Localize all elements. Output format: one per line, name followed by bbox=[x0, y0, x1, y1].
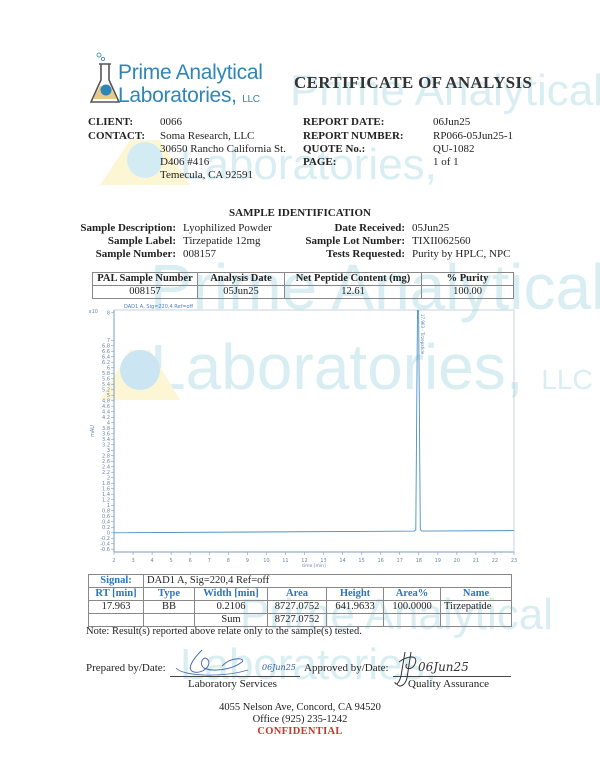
results-header-cell: Height bbox=[327, 588, 384, 601]
x-tick-label: 8 bbox=[227, 558, 230, 564]
signal-label: Signal: bbox=[89, 575, 144, 588]
results-cell: Tirzepatide bbox=[441, 601, 512, 614]
summary-header-cell: Net Peptide Content (mg) bbox=[285, 273, 422, 286]
footer-confidential: CONFIDENTIAL bbox=[0, 726, 600, 737]
x-tick-label: 19 bbox=[435, 558, 441, 564]
x-tick-label: 5 bbox=[170, 558, 173, 564]
sample-description-value: Lyophilized Powder bbox=[183, 222, 272, 234]
x-tick-label: 11 bbox=[282, 558, 288, 564]
y-tick-label: 4.4 bbox=[102, 410, 110, 416]
results-cell: 8727.0752 bbox=[268, 614, 327, 627]
y-tick-label: 6 bbox=[107, 366, 110, 372]
summary-cell: 100.00 bbox=[422, 286, 514, 299]
date-received-value: 05Jun25 bbox=[412, 222, 449, 234]
results-cell: 0.2106 bbox=[195, 601, 268, 614]
signal-row: Signal: DAD1 A, Sig=220,4 Ref=off bbox=[89, 575, 512, 588]
summary-data-row: 008157 05Jun25 12.61 100.00 bbox=[93, 286, 514, 299]
y-tick-label: 1.6 bbox=[102, 487, 110, 493]
report-date-value: 06Jun25 bbox=[433, 116, 470, 128]
company-name-line2-text: Laboratories, bbox=[118, 84, 237, 107]
y-tick-label: 2 bbox=[107, 476, 110, 482]
tests-requested-value: Purity by HPLC, NPC bbox=[412, 248, 510, 260]
y-tick-label: 3.6 bbox=[102, 432, 110, 438]
x-tick-label: 16 bbox=[377, 558, 383, 564]
report-date-label: REPORT DATE: bbox=[303, 116, 384, 128]
x-axis-label: time [min] bbox=[302, 563, 326, 569]
y-tick-label: 2.8 bbox=[102, 454, 110, 460]
prepared-by-label: Prepared by/Date: bbox=[86, 662, 166, 674]
y-tick-label: 5.4 bbox=[102, 382, 110, 388]
x-tick-label: 3 bbox=[131, 558, 134, 564]
footer-phone: Office (925) 235-1242 bbox=[0, 714, 600, 725]
summary-header-row: PAL Sample Number Analysis Date Net Pept… bbox=[93, 273, 514, 286]
results-cell: 17.963 bbox=[89, 601, 144, 614]
client-value: 0066 bbox=[160, 116, 182, 128]
results-cell bbox=[144, 614, 195, 627]
y-tick-label: 0.8 bbox=[102, 509, 110, 515]
plot-frame bbox=[114, 310, 514, 552]
results-cell: 8727.0752 bbox=[268, 601, 327, 614]
results-header-cell: Area bbox=[268, 588, 327, 601]
y-tick-label: 2.6 bbox=[102, 459, 110, 465]
y-tick-label: 8 bbox=[107, 311, 110, 317]
y-tick-label: 5.8 bbox=[102, 371, 110, 377]
results-note: Note: Result(s) reported above relate on… bbox=[86, 626, 362, 637]
sample-number-label: Sample Number: bbox=[70, 248, 176, 260]
results-cell bbox=[441, 614, 512, 627]
footer-address: 4055 Nelson Ave, Concord, CA 94520 bbox=[0, 702, 600, 713]
y-tick-label: 3.4 bbox=[102, 437, 110, 443]
tests-requested-label: Tests Requested: bbox=[290, 248, 405, 260]
y-tick-label: 6.2 bbox=[102, 360, 110, 366]
summary-cell: 05Jun25 bbox=[198, 286, 285, 299]
y-tick-label: 1 bbox=[107, 503, 110, 509]
x-tick-label: 18 bbox=[416, 558, 422, 564]
results-header-cell: Width [min] bbox=[195, 588, 268, 601]
y-tick-label: 0.6 bbox=[102, 514, 110, 520]
x-tick-label: 9 bbox=[246, 558, 249, 564]
y-tick-label: 1.2 bbox=[102, 498, 110, 504]
company-suffix: LLC bbox=[242, 94, 259, 105]
page-value: 1 of 1 bbox=[433, 156, 459, 168]
y-tick-label: 4 bbox=[107, 421, 110, 427]
results-table: Signal: DAD1 A, Sig=220,4 Ref=off RT [mi… bbox=[88, 574, 512, 627]
approved-date: 06Jun25 bbox=[418, 660, 469, 674]
report-number-label: REPORT NUMBER: bbox=[303, 130, 404, 142]
signal-value: DAD1 A, Sig=220,4 Ref=off bbox=[144, 575, 512, 588]
y-tick-label: 6.4 bbox=[102, 355, 110, 361]
contact-line-3: D406 #416 bbox=[160, 156, 209, 168]
summary-cell: 12.61 bbox=[285, 286, 422, 299]
y-tick-label: 5.2 bbox=[102, 388, 110, 394]
x-tick-label: 22 bbox=[492, 558, 498, 564]
x-tick-label: 7 bbox=[208, 558, 211, 564]
y-tick-label: 3.8 bbox=[102, 426, 110, 432]
chart-title: DAD1 A, Sig=220,4 Ref=off bbox=[124, 304, 194, 310]
prepared-department: Laboratory Services bbox=[188, 678, 277, 690]
chromatogram-chart: DAD1 A, Sig=220,4 Ref=off-0.6-0.4-0.200.… bbox=[84, 300, 520, 572]
sample-description-label: Sample Description: bbox=[70, 222, 176, 234]
y-tick-label: -0.4 bbox=[100, 542, 110, 548]
summary-table: PAL Sample Number Analysis Date Net Pept… bbox=[92, 272, 514, 299]
approved-department: Quality Assurance bbox=[408, 678, 489, 690]
y-tick-label: 0.4 bbox=[102, 520, 110, 526]
results-header-cell: RT [min] bbox=[89, 588, 144, 601]
results-cell: 100.0000 bbox=[384, 601, 441, 614]
prepared-signature-icon bbox=[172, 646, 252, 680]
page-label: PAGE: bbox=[303, 156, 336, 168]
y-tick-label: 0.2 bbox=[102, 525, 110, 531]
company-name-line1: Prime Analytical bbox=[118, 61, 263, 85]
y-tick-label: 5.6 bbox=[102, 377, 110, 383]
results-cell bbox=[327, 614, 384, 627]
y-tick-label: 4.6 bbox=[102, 404, 110, 410]
results-header-cell: Area% bbox=[384, 588, 441, 601]
y-tick-label: 2.4 bbox=[102, 465, 110, 471]
y-tick-label: 4.8 bbox=[102, 399, 110, 405]
y-tick-label: 1.4 bbox=[102, 492, 110, 498]
contact-line-1: Soma Research, LLC bbox=[160, 130, 254, 142]
contact-line-4: Temecula, CA 92591 bbox=[160, 169, 253, 181]
summary-cell: 008157 bbox=[93, 286, 198, 299]
quote-label: QUOTE No.: bbox=[303, 143, 365, 155]
results-cell: Sum bbox=[195, 614, 268, 627]
y-tick-label: 2.2 bbox=[102, 470, 110, 476]
y-tick-label: -0.6 bbox=[100, 547, 110, 553]
results-cell: 641.9633 bbox=[327, 601, 384, 614]
results-header-row: RT [min] Type Width [min] Area Height Ar… bbox=[89, 588, 512, 601]
sample-label-label: Sample Label: bbox=[70, 235, 176, 247]
y-tick-label: 1.8 bbox=[102, 481, 110, 487]
x-tick-label: 10 bbox=[263, 558, 269, 564]
y-tick-label: 6.8 bbox=[102, 344, 110, 350]
lot-number-label: Sample Lot Number: bbox=[290, 235, 405, 247]
document-title: CERTIFICATE OF ANALYSIS bbox=[294, 73, 532, 93]
prepared-date: 06Jun25 bbox=[262, 663, 296, 672]
lot-number-value: TIXII062560 bbox=[412, 235, 471, 247]
y-tick-label: 3 bbox=[107, 448, 110, 454]
y-multiplier: x10 bbox=[89, 309, 98, 315]
y-tick-label: -0.2 bbox=[100, 536, 110, 542]
results-sum-row: Sum 8727.0752 bbox=[89, 614, 512, 627]
y-axis-label: mAU bbox=[90, 425, 96, 437]
x-tick-label: 23 bbox=[511, 558, 517, 564]
report-number-value: RP066-05Jun25-1 bbox=[433, 130, 513, 142]
peak-label: 17.963 - Tirzepatide bbox=[420, 314, 425, 355]
y-tick-label: 4.2 bbox=[102, 415, 110, 421]
sample-label-value: Tirzepatide 12mg bbox=[183, 235, 261, 247]
x-tick-label: 20 bbox=[454, 558, 460, 564]
results-cell: BB bbox=[144, 601, 195, 614]
results-cell bbox=[89, 614, 144, 627]
x-tick-label: 4 bbox=[151, 558, 154, 564]
y-tick-label: 3.2 bbox=[102, 443, 110, 449]
summary-header-cell: Analysis Date bbox=[198, 273, 285, 286]
x-tick-label: 2 bbox=[112, 558, 115, 564]
sample-identification-heading: SAMPLE IDENTIFICATION bbox=[0, 207, 600, 219]
x-tick-label: 6 bbox=[189, 558, 192, 564]
sample-number-value: 008157 bbox=[183, 248, 216, 260]
client-label: CLIENT: bbox=[88, 116, 133, 128]
results-header-cell: Type bbox=[144, 588, 195, 601]
x-tick-label: 21 bbox=[473, 558, 479, 564]
y-tick-label: 5 bbox=[107, 393, 110, 399]
x-tick-label: 14 bbox=[339, 558, 345, 564]
y-tick-label: 7 bbox=[107, 338, 110, 344]
y-tick-label: 6.6 bbox=[102, 349, 110, 355]
contact-line-2: 30650 Rancho California St. bbox=[160, 143, 286, 155]
chromatogram-trace bbox=[114, 300, 514, 533]
contact-label: CONTACT: bbox=[88, 130, 145, 142]
approved-by-label: Approved by/Date: bbox=[304, 662, 389, 674]
results-header-cell: Name bbox=[441, 588, 512, 601]
quote-value: QU-1082 bbox=[433, 143, 475, 155]
date-received-label: Date Received: bbox=[290, 222, 405, 234]
y-tick-label: 0 bbox=[107, 531, 110, 537]
summary-header-cell: PAL Sample Number bbox=[93, 273, 198, 286]
x-tick-label: 17 bbox=[397, 558, 403, 564]
results-cell bbox=[384, 614, 441, 627]
company-name-line2: Laboratories, LLC bbox=[118, 84, 260, 108]
results-row: 17.963 BB 0.2106 8727.0752 641.9633 100.… bbox=[89, 601, 512, 614]
summary-header-cell: % Purity bbox=[422, 273, 514, 286]
x-tick-label: 15 bbox=[358, 558, 364, 564]
